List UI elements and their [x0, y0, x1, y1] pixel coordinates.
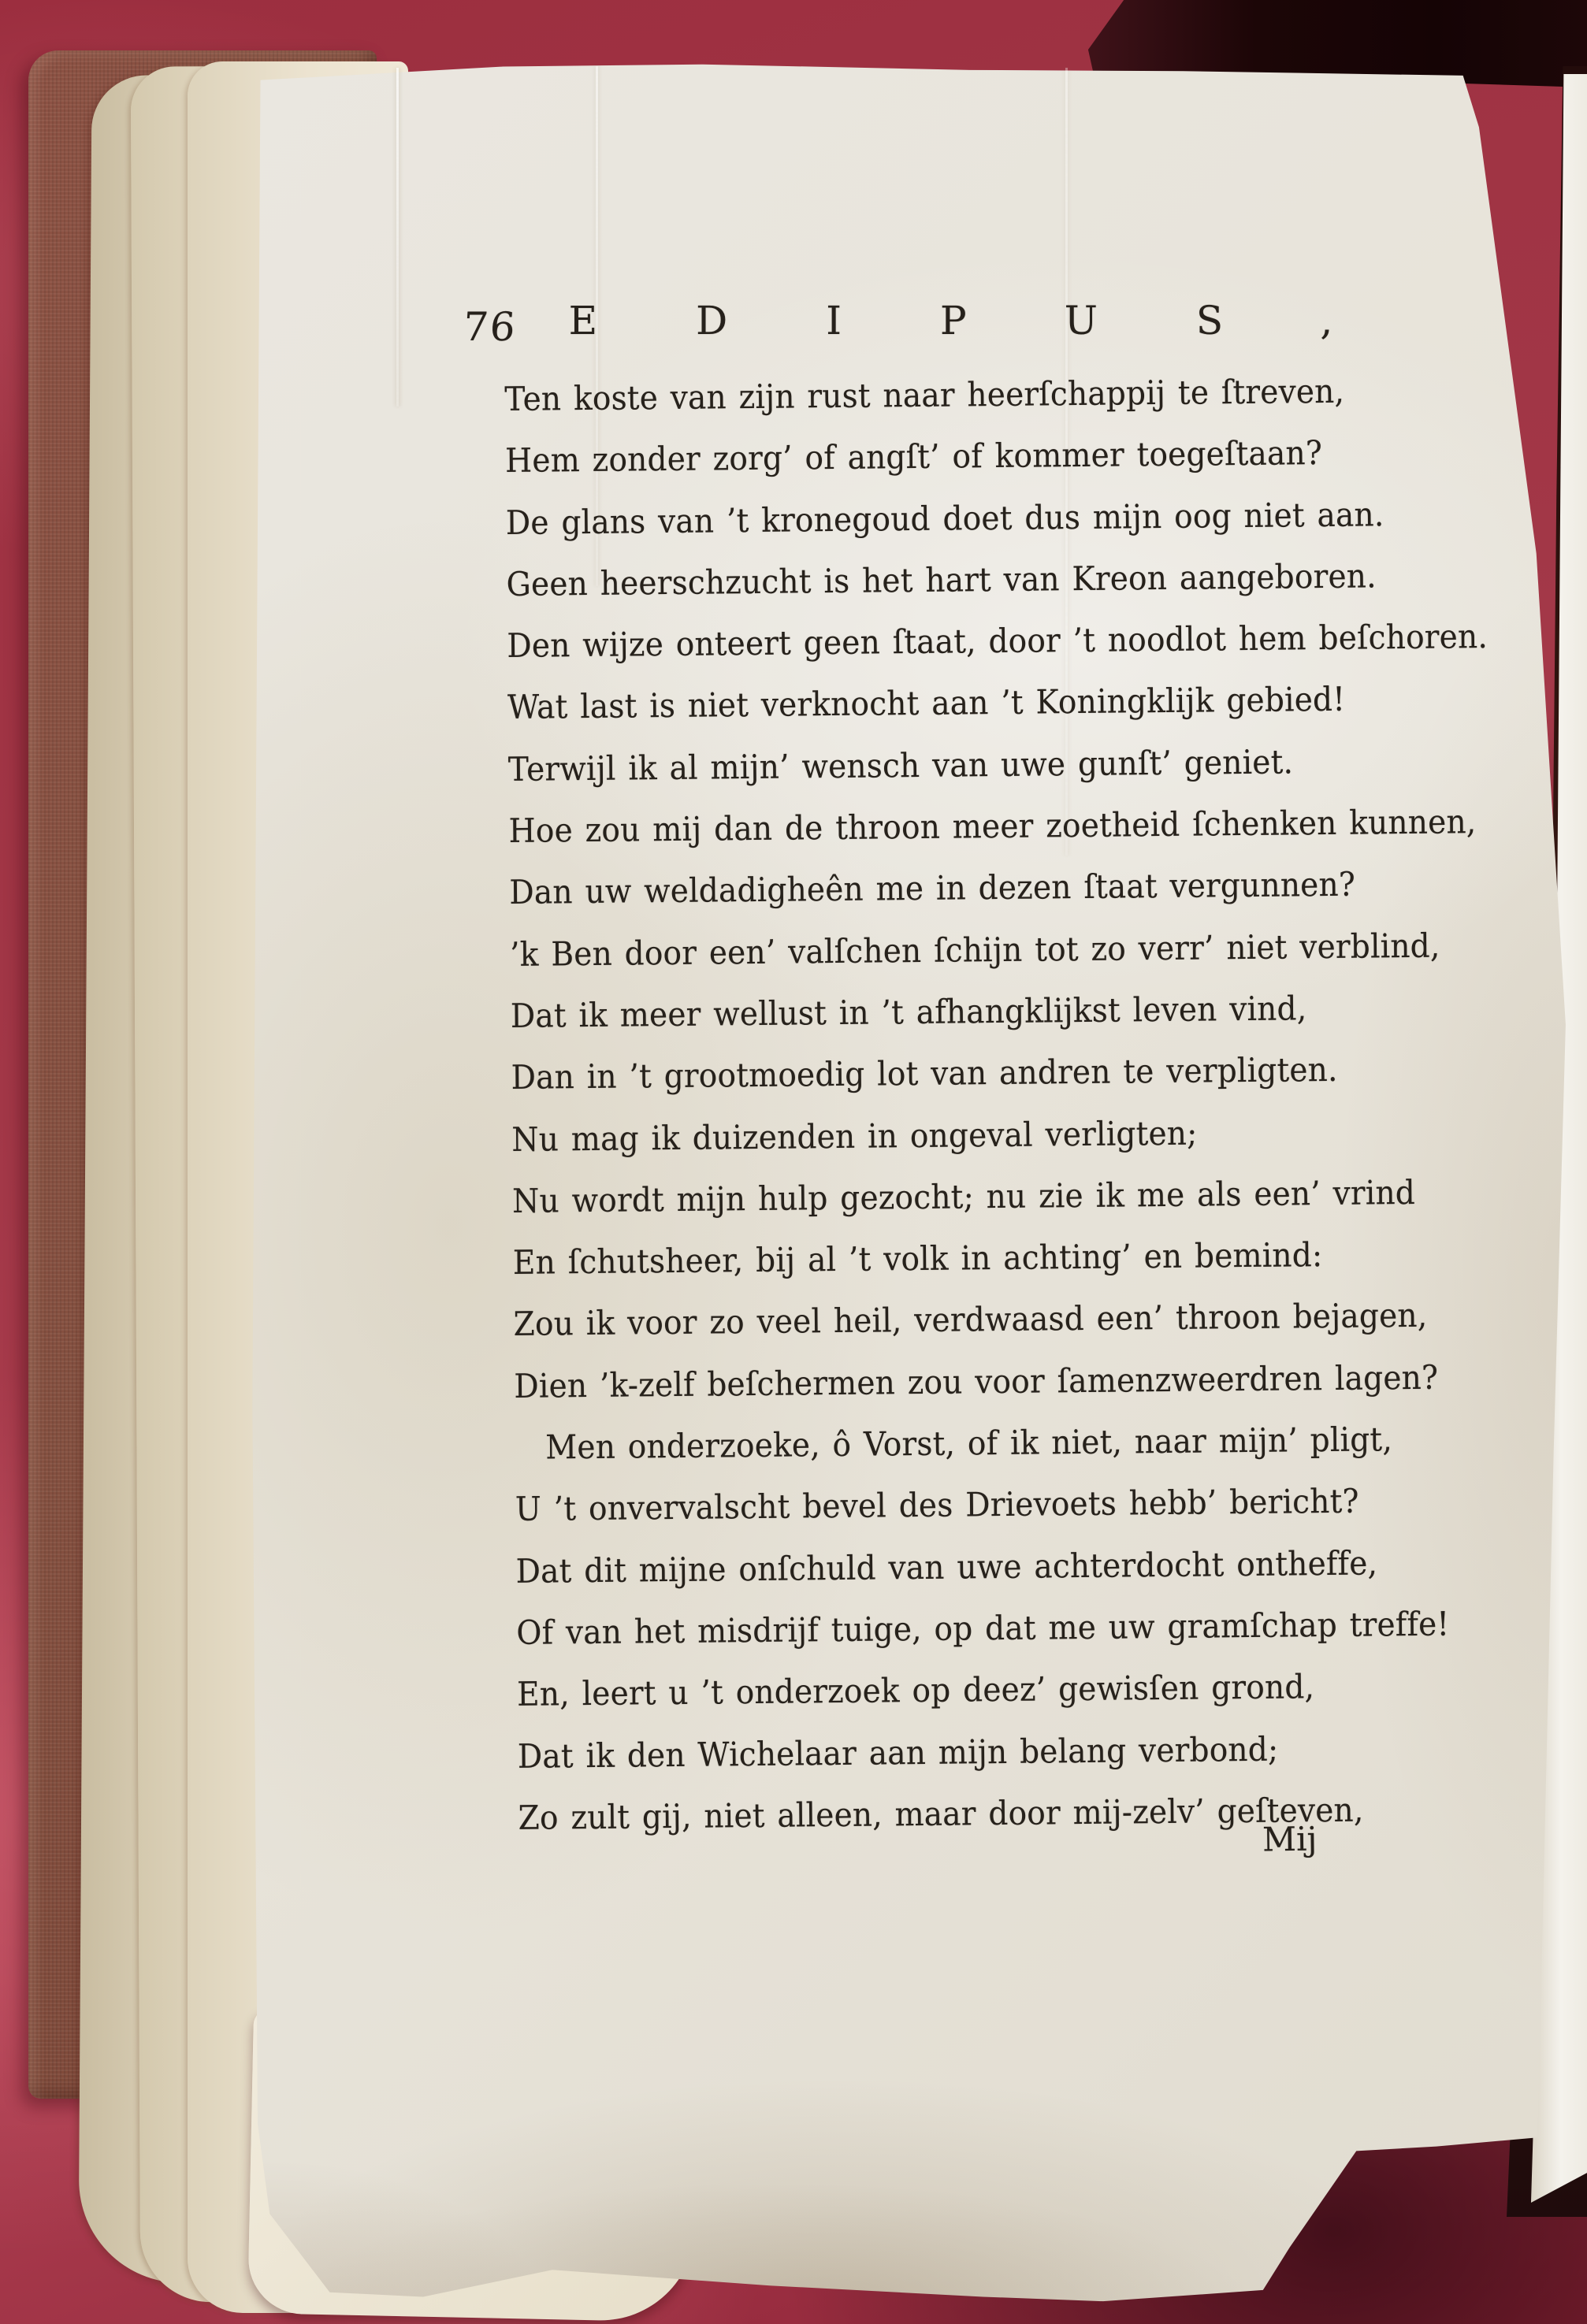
paper-crease	[396, 68, 399, 407]
page-number: 76	[462, 307, 518, 347]
poem-line: Wat last is niet verknocht aan ’t Koning…	[507, 667, 1534, 739]
poem-line: Men onderzoeke, ô Vorst, of ik niet, naa…	[515, 1407, 1541, 1479]
poem-line: Dat ik den Wichelaar aan mijn belang ver…	[518, 1716, 1544, 1788]
poem-line: Den wijze onteert geen ſtaat, door ’t no…	[507, 606, 1533, 678]
poem-line: Nu mag ik duizenden in ongeval verligten…	[511, 1099, 1538, 1171]
poem-line: Nu wordt mijn hulp gezocht; nu zie ik me…	[512, 1160, 1539, 1232]
poem-line: Ten koste van zijn rust naar heerſchappi…	[504, 359, 1531, 431]
catchword: Mij	[1262, 1820, 1318, 1859]
poem-line: Dat dit mijne onſchuld van uwe achterdoc…	[515, 1531, 1542, 1602]
poem-line: Zo zult gij, niet alleen, maar door mij-…	[518, 1777, 1544, 1849]
poem-line: En ſchutsheer, bij al ’t volk in achting…	[513, 1223, 1540, 1294]
poem-line: U ’t onvervalscht bevel des Drievoets he…	[515, 1469, 1542, 1541]
poem-line: Hem zonder zorg’ of angſt’ of kommer toe…	[505, 421, 1532, 492]
poem-line: Dan uw weldadigheên me in dezen ſtaat ve…	[509, 852, 1536, 924]
poem-line: En, leert u ’t onderzoek op deez’ gewisſ…	[517, 1654, 1544, 1726]
poem-line: Dan in ’t grootmoedig lot van andren te …	[511, 1038, 1537, 1109]
book-photo: 76 EDIPUS, Ten koste van zijn rust naar …	[0, 0, 1587, 2324]
poem-text-block: Ten koste van zijn rust naar heerſchappi…	[504, 359, 1544, 1850]
poem-line: Geen heerschzucht is het hart van Kreon …	[506, 544, 1533, 615]
poem-line: De glans van ’t kronegoud doet dus mijn …	[506, 482, 1533, 554]
running-title: EDIPUS,	[569, 301, 1432, 340]
poem-line: Dat ik meer wellust in ’t afhangklijkst …	[511, 975, 1537, 1047]
poem-line: ’k Ben door een’ valſchen ſchijn tot zo …	[510, 914, 1537, 986]
page-header: 76 EDIPUS,	[463, 301, 1431, 347]
poem-line: Terwijl ik al mijn’ wensch van uwe gunſt…	[508, 729, 1535, 800]
poem-line: Of van het misdrijf tuige, op dat me uw …	[516, 1592, 1543, 1664]
poem-line: Hoe zou mij dan de throon meer zoetheid …	[508, 791, 1535, 863]
poem-line: Dien ’k-zelf beſchermen zou voor ſamenzw…	[514, 1346, 1541, 1417]
poem-line: Zou ik voor zo veel heil, verdwaasd een’…	[513, 1284, 1540, 1356]
